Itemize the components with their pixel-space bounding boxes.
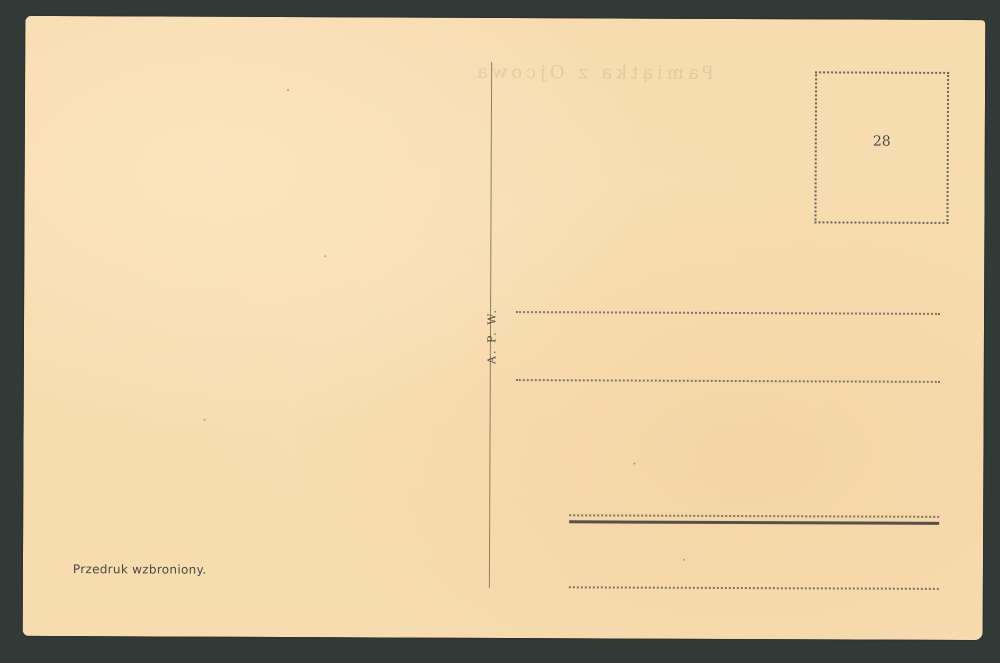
stamp-box-number: 28 <box>817 133 947 150</box>
paper-speck <box>204 419 206 421</box>
postcard-back: Pamiątka z Ojcowa A. P. W. 28 Przedruk w… <box>23 16 986 640</box>
paper-speck <box>683 559 685 561</box>
paper-speck <box>324 255 326 257</box>
address-line-3-underline <box>569 520 939 525</box>
reprint-notice: Przedruk wzbroniony. <box>73 562 206 577</box>
address-line-2 <box>516 379 940 383</box>
paper-speck <box>633 463 635 465</box>
bleed-through-text: Pamiątka z Ojcowa <box>473 62 714 84</box>
paper-speck <box>287 89 289 91</box>
address-line-4 <box>569 586 939 590</box>
address-line-3 <box>569 514 939 518</box>
address-line-1 <box>516 311 940 315</box>
stamp-box: 28 <box>814 71 949 224</box>
publisher-mark: A. P. W. <box>485 308 498 364</box>
